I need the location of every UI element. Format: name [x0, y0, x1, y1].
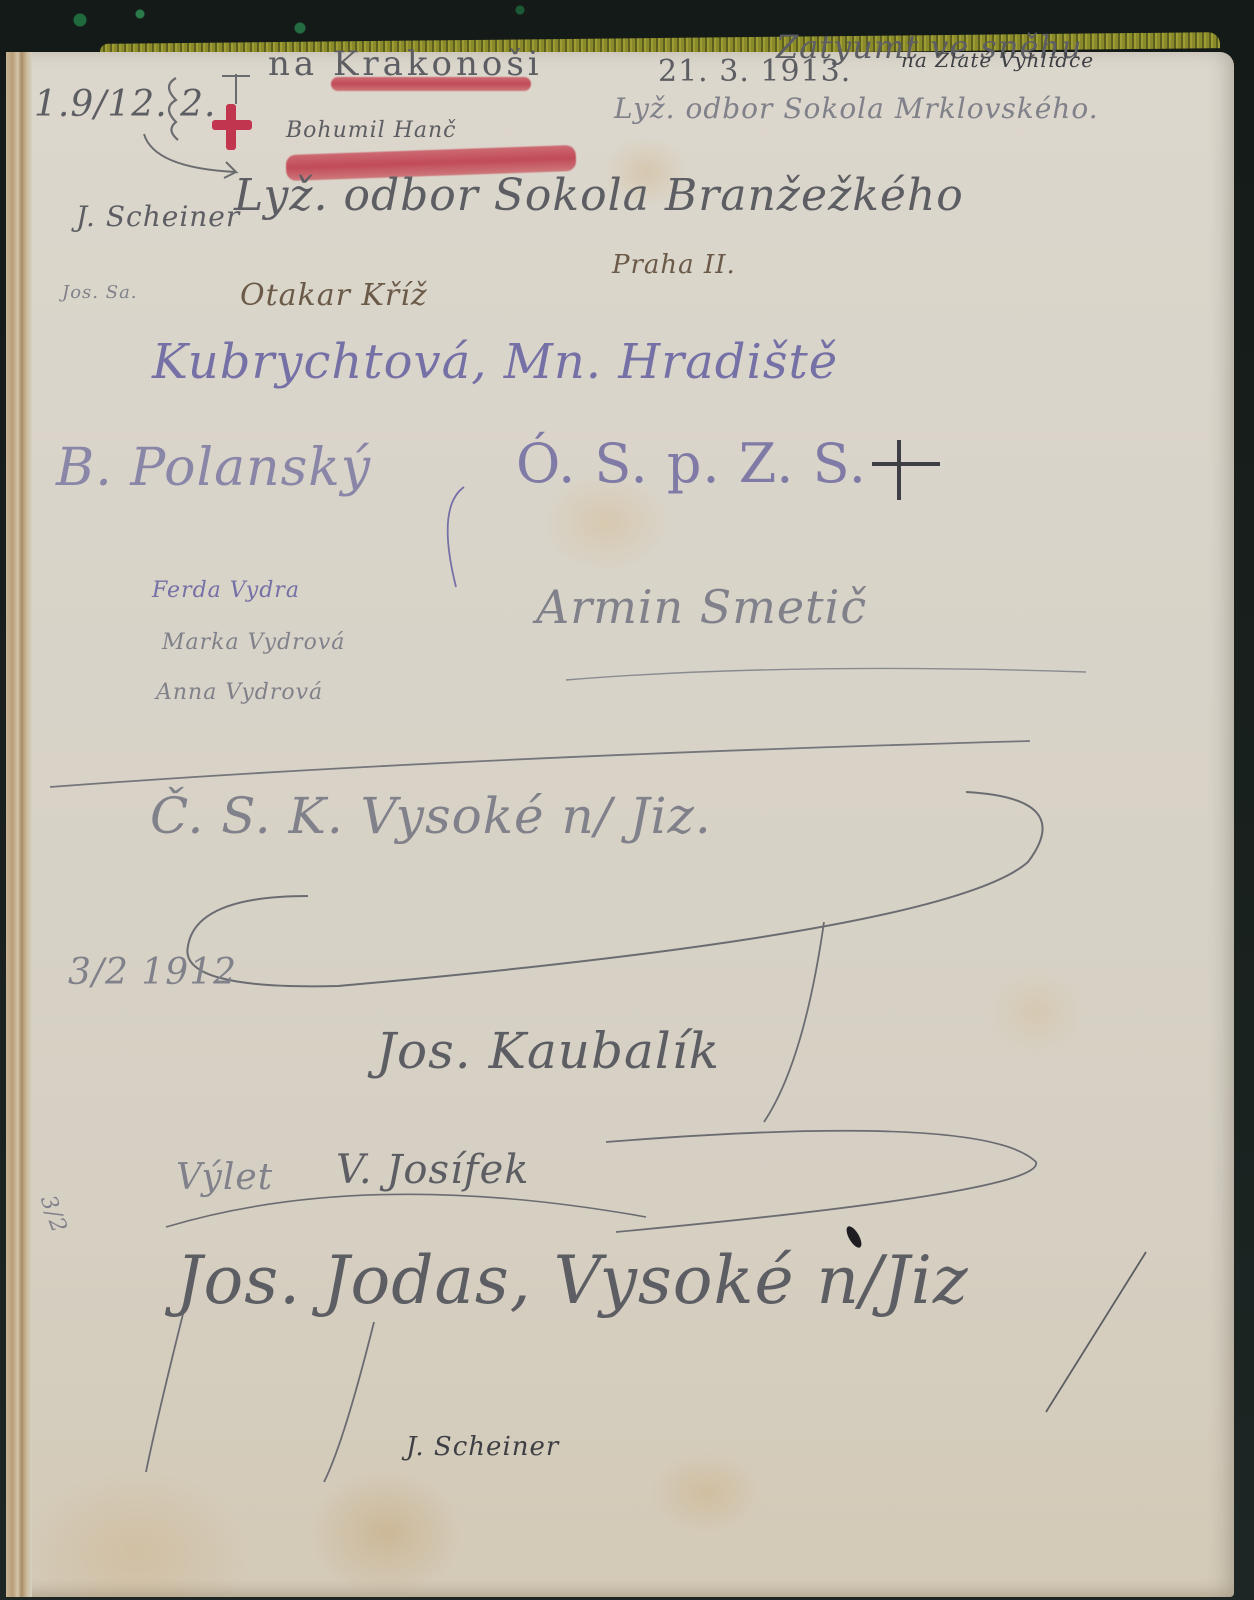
- header-date-left: 1.9/12. 2.: [34, 84, 216, 125]
- josifek: V. Josífek: [336, 1147, 529, 1193]
- csk-vysoke: Č. S. K. Vysoké n/ Jiz.: [150, 787, 712, 845]
- ospzs: Ó. S. p. Z. S.: [516, 432, 867, 495]
- armin: Armin Smetič: [536, 580, 867, 634]
- marka: Marka Vydrová: [162, 630, 345, 655]
- club-mrklov: Lyž. odbor Sokola Mrklovského.: [614, 92, 1099, 125]
- header-location: na Krakonoši: [268, 44, 543, 84]
- kubrychtova: Kubrychtová, Mn. Hradiště: [152, 334, 838, 390]
- anna: Anna Vydrová: [156, 680, 323, 705]
- ferda: Ferda Vydra: [152, 578, 300, 603]
- praha: Praha II.: [612, 250, 736, 280]
- jos-sa: Jos. Sa.: [62, 282, 138, 303]
- scheiner-signature: J. Scheiner: [76, 200, 240, 233]
- jos-kaubalik: Jos. Kaubalík: [376, 1022, 720, 1080]
- date-3-2-1912: 3/2 1912: [68, 952, 237, 993]
- vylet: Výlet: [176, 1157, 273, 1198]
- jos-jodas: Jos. Jodas, Vysoké n/Jiz: [176, 1242, 969, 1319]
- otakar-signature: Otakar Kříž: [240, 278, 428, 313]
- club-branzez: Lyž. odbor Sokola Branžežkého: [234, 170, 964, 221]
- header-note-2: na Zlaté Vyhlídce: [901, 48, 1094, 72]
- scheiner-signature-2: J. Scheiner: [406, 1432, 559, 1462]
- polansky: B. Polanský: [56, 438, 371, 498]
- red-signature: Bohumil Hanč: [286, 118, 456, 143]
- guestbook-page: 1.9/12. 2. na Krakonoši 21. 3. 1913. Zat…: [6, 52, 1234, 1597]
